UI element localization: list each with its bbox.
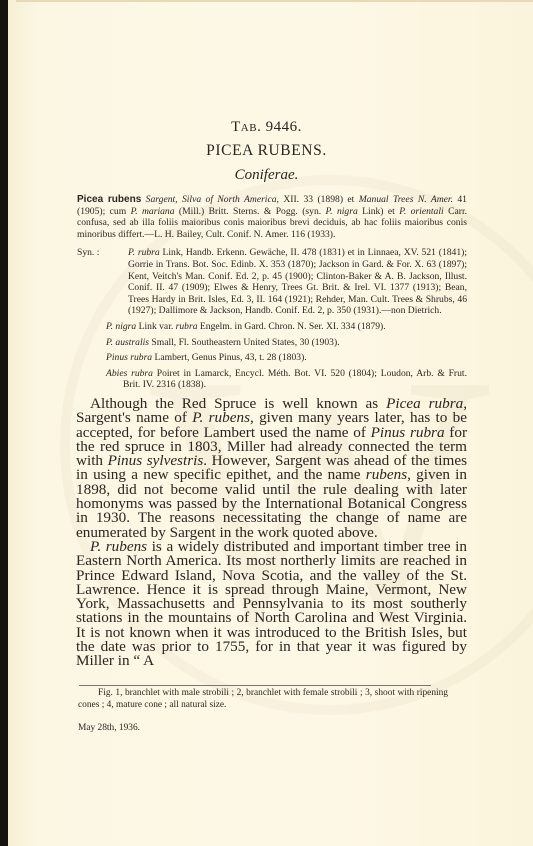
synonym-item: P. rubra Link, Handb. Erkenn. Gewäche, I… xyxy=(128,247,467,317)
title-block: Tab. 9446. PICEA RUBENS. Coniferae. xyxy=(0,118,533,184)
accepted-name: Picea rubens xyxy=(77,194,141,205)
scan-edge-top xyxy=(16,0,533,2)
plate-number: Tab. 9446. xyxy=(0,118,533,136)
body-paragraph: Although the Red Spruce is well known as… xyxy=(76,397,467,540)
body-text: Although the Red Spruce is well known as… xyxy=(76,397,467,669)
species-title: PICEA RUBENS. xyxy=(0,142,533,160)
figure-caption: Fig. 1, branchlet with male strobili ; 2… xyxy=(78,688,448,711)
body-paragraph: P. rubens is a widely distributed and im… xyxy=(76,540,467,669)
footnote-divider xyxy=(79,685,431,686)
synonym-item: P. australis Small, Fl. Southeastern Uni… xyxy=(106,337,467,349)
family-name: Coniferae. xyxy=(0,166,533,184)
synonym-item: Abies rubra Poiret in Lamarck, Encycl. M… xyxy=(106,368,467,391)
synonyms-block: Syn. : P. rubra Link, Handb. Erkenn. Gew… xyxy=(77,247,467,391)
main-citation: Picea rubens Sargent, Silva of North Ame… xyxy=(77,194,467,240)
synonym-item: Pinus rubra Lambert, Genus Pinus, 43, t.… xyxy=(106,352,467,364)
references-block: Picea rubens Sargent, Silva of North Ame… xyxy=(77,194,467,391)
publication-date: May 28th, 1936. xyxy=(78,723,140,733)
synonym-item: P. nigra Link var. rubra Engelm. in Gard… xyxy=(106,321,467,333)
synonyms-label: Syn. : xyxy=(77,247,99,259)
synonym-list: P. nigra Link var. rubra Engelm. in Gard… xyxy=(106,321,467,391)
